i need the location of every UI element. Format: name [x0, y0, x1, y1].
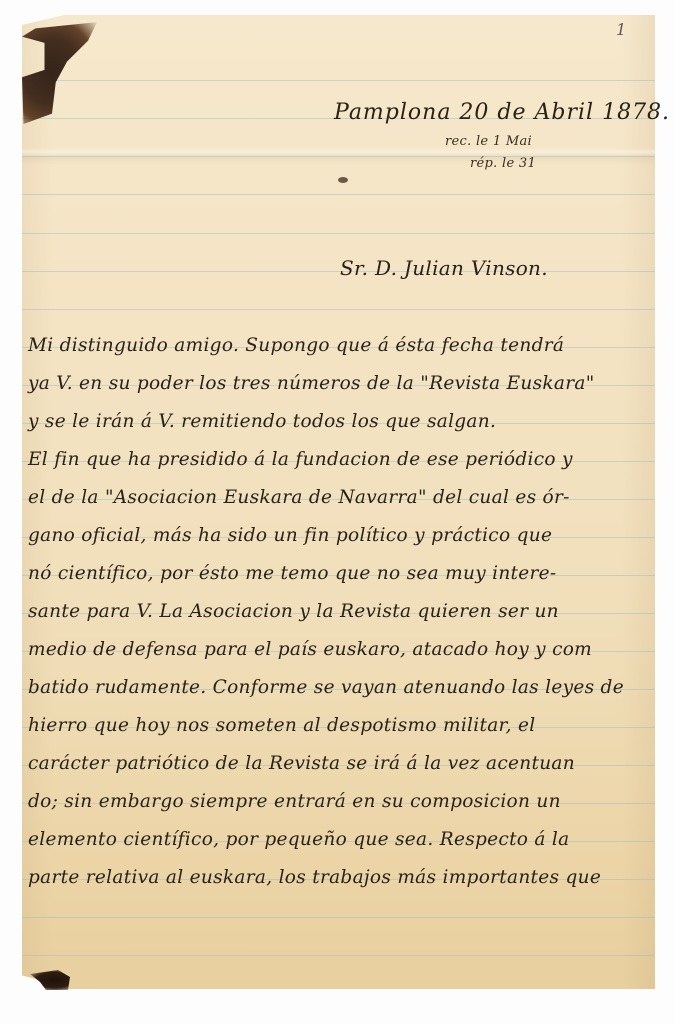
received-annotation: rec. le 1 Mai: [445, 134, 532, 149]
body-line: parte relativa al euskara, los trabajos …: [28, 867, 648, 888]
ruled-line: [22, 80, 655, 81]
ruled-line: [22, 233, 655, 234]
body-line: elemento científico, por pequeño que sea…: [28, 829, 648, 850]
body-line: batido rudamente. Conforme se vayan aten…: [28, 677, 648, 698]
ruled-line: [22, 271, 655, 272]
body-line: medio de defensa para el país euskaro, a…: [28, 639, 648, 660]
reply-annotation: rép. le 31: [470, 156, 536, 171]
ruled-line: [22, 917, 655, 918]
recipient-line: Sr. D. Julian Vinson.: [340, 256, 548, 280]
body-line: sante para V. La Asociacion y la Revista…: [28, 601, 648, 622]
body-line: gano oficial, más ha sido un fin polític…: [28, 525, 648, 546]
body-line: do; sin embargo siempre entrará en su co…: [28, 791, 648, 812]
body-line: hierro que hoy nos someten al despotismo…: [28, 715, 648, 736]
ruled-line: [22, 955, 655, 956]
ink-blot: [338, 177, 348, 183]
ruled-line: [22, 309, 655, 310]
body-line: nó científico, por ésto me temo que no s…: [28, 563, 648, 584]
body-line: el de la "Asociacion Euskara de Navarra"…: [28, 487, 648, 508]
body-line: Mi distinguido amigo. Supongo que á ésta…: [28, 335, 648, 356]
body-line: El fin que ha presidido á la fundacion d…: [28, 449, 648, 470]
body-line: y se le irán á V. remitiendo todos los q…: [28, 411, 648, 432]
body-line: carácter patriótico de la Revista se irá…: [28, 753, 648, 774]
body-line: ya V. en su poder los tres números de la…: [28, 373, 648, 394]
ruled-line: [22, 156, 655, 157]
page-number: 1: [616, 20, 626, 39]
place-date-line: Pamplona 20 de Abril 1878.: [334, 100, 670, 125]
ruled-line: [22, 194, 655, 195]
